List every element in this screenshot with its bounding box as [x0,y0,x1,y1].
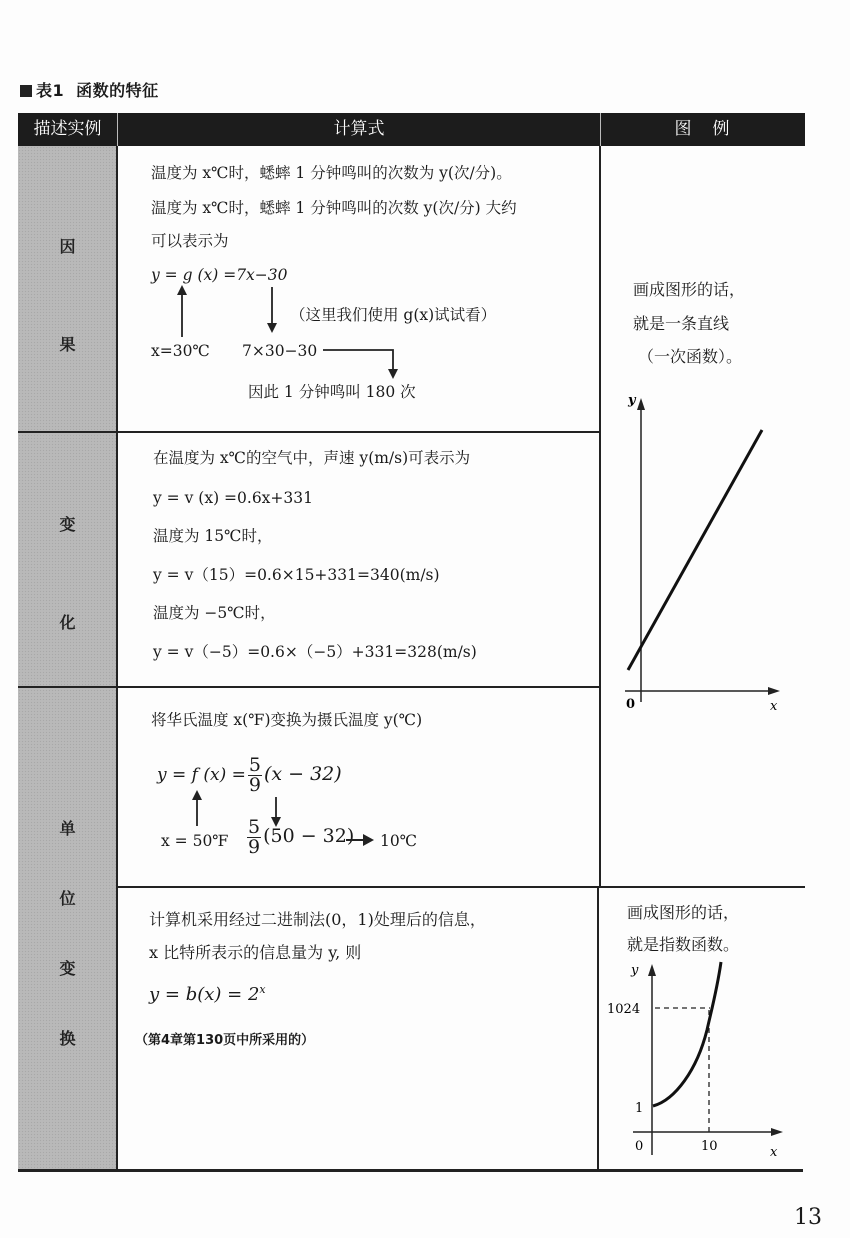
table-header: 描述实例 计算式 图 例 [18,113,805,146]
row1-line: 可以表示为 [151,232,229,251]
row2-line: 温度为 15℃时， [153,527,273,546]
row3a-formula: y = f (x) =59(x − 32) [157,756,342,795]
legend-line: （一次函数）。 [638,347,742,366]
x-axis-arrow-icon [771,1128,783,1136]
linear-function-chart: 0 y x [620,390,790,715]
header-col-examples: 描述实例 [18,113,117,146]
row3a-input: x = 50℉ [161,832,229,851]
category-char: 果 [18,332,117,355]
y-axis-label: y [630,963,639,978]
right-down-arrow-icon [323,349,399,379]
row3b-formula: y = b(x) = 2x [149,983,266,1006]
row2-line: 温度为 −5℃时， [153,604,276,623]
y-axis-label: y [627,393,637,408]
y-tick-1024: 1024 [607,1002,640,1017]
row3b-note: （第4章第130页中所采用的） [135,1033,314,1049]
legend-line: 就是一条直线 [633,314,729,333]
table-number: 表1 [36,81,64,100]
x-axis-arrow-icon [768,687,780,695]
category-char: 因 [18,234,117,257]
table-caption: 表1函数的特征 [20,78,159,101]
row1-calc: 7×30−30 [242,342,317,361]
formula-left: y = f (x) = [157,765,246,785]
legend-line: 画成图形的话， [633,280,745,299]
legend-line: 就是指数函数。 [627,935,739,954]
x-axis-label: x [770,1145,778,1160]
row-divider [18,431,600,433]
page-number: 13 [794,1205,822,1230]
y-tick-1: 1 [635,1101,643,1116]
fraction: 59 [248,756,262,795]
header-col-formula: 计算式 [118,113,600,146]
category-column: 因 果 变 化 单 位 变 换 [18,146,117,1170]
row2-formula: y = v (x) =0.6x+331 [153,489,313,508]
origin-label: 0 [626,697,635,712]
row3b-line: 计算机采用经过二进制法(0，1)处理后的信息， [149,910,486,929]
row3a-line: 将华氏温度 x(℉)变换为摄氏温度 y(℃) [151,711,422,730]
category-char: 变 [18,512,117,535]
category-char: 变 [18,956,117,979]
exponential-curve [653,962,721,1106]
right-arrow-icon [346,833,374,847]
category-char: 位 [18,886,117,909]
category-char: 换 [18,1026,117,1049]
row2-formula: y = v（−5）=0.6×（−5）+331=328(m/s) [153,643,477,662]
down-arrow-icon [266,287,278,335]
header-col-legend: 图 例 [601,113,805,146]
column-divider [116,146,118,1170]
row3a-result: 10℃ [380,832,417,851]
row1-line: 温度为 x℃时，蟋蟀 1 分钟鸣叫的次数为 y(次/分)。 [151,164,512,183]
x-tick-10: 10 [701,1139,718,1154]
row3b-line: x 比特所表示的信息量为 y, 则 [149,943,361,962]
row1-input: x=30℃ [151,342,210,361]
row1-line: 温度为 x℃时，蟋蟀 1 分钟鸣叫的次数 y(次/分) 大约 [151,199,517,218]
column-divider [597,886,599,1170]
table-title: 函数的特征 [76,81,159,100]
y-axis-arrow-icon [637,398,645,410]
category-char: 化 [18,610,117,633]
linear-line [628,430,762,670]
up-arrow-icon [176,285,188,337]
row-divider [18,686,600,688]
column-divider [599,146,601,886]
row3a-calc: 59(50 − 32) [245,818,354,857]
row1-formula: y = g (x) =7x−30 [151,266,288,285]
x-axis-label: x [770,699,778,714]
exponent: x [259,983,265,996]
category-char: 单 [18,816,117,839]
table-bottom-border [18,1169,803,1172]
row-divider [116,886,805,888]
y-axis-arrow-icon [648,964,656,976]
row1-result: 因此 1 分钟鸣叫 180 次 [248,383,416,402]
row2-formula: y = v（15）=0.6×15+331=340(m/s) [153,566,440,585]
row2-line: 在温度为 x℃的空气中，声速 y(m/s)可表示为 [153,449,470,468]
up-arrow-icon [191,790,203,826]
formula-right: (x − 32) [264,763,342,785]
fraction: 59 [247,818,261,857]
origin-label: 0 [635,1139,643,1154]
row1-note: （这里我们使用 g(x)试试看） [290,306,496,325]
legend-line: 画成图形的话， [627,903,739,922]
exponential-function-chart: 1024 1 0 10 y x [605,960,795,1160]
caption-marker-icon [20,85,32,97]
